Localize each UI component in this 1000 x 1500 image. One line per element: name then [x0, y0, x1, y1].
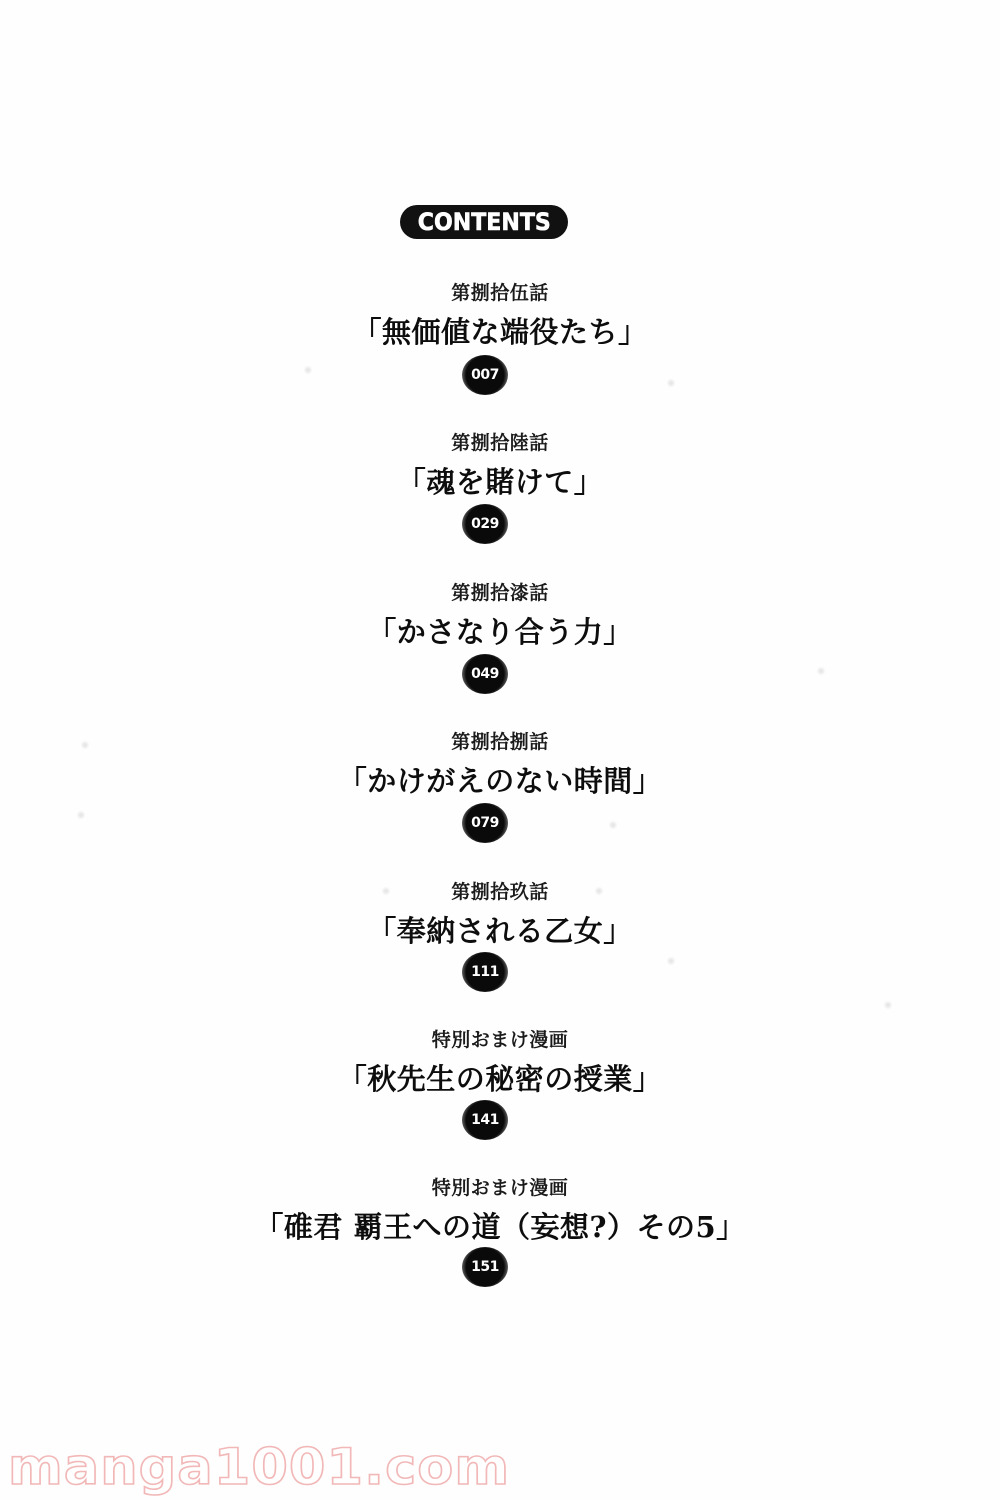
episode-title: 「かけがえのない時間」 — [0, 759, 1000, 800]
paper-speck — [668, 380, 674, 386]
page-number-badge: 151 — [462, 1247, 508, 1287]
bonus-label: 特別おまけ漫画 — [0, 1025, 1000, 1052]
bonus-label: 特別おまけ漫画 — [0, 1173, 1000, 1200]
contents-heading-text: CONTENTS — [417, 208, 550, 236]
episode-number: 第捌拾漆話 — [0, 578, 1000, 605]
episode-number: 第捌拾伍話 — [0, 278, 1000, 305]
page-number: 151 — [471, 1259, 499, 1275]
paper-speck — [818, 668, 824, 674]
paper-speck — [885, 1002, 891, 1008]
episode-title: 「魂を賭けて」 — [0, 460, 1000, 501]
page-number: 049 — [471, 666, 499, 682]
page-number: 111 — [471, 964, 499, 980]
episode-title: 「かさなり合う力」 — [0, 610, 1000, 651]
page-number-badge: 049 — [462, 654, 508, 694]
contents-heading: CONTENTS — [400, 205, 568, 239]
page-number-badge: 029 — [462, 504, 508, 544]
episode-title: 「碓君 覇王への道（妄想?）その5」 — [0, 1205, 1000, 1246]
paper-speck — [78, 812, 84, 818]
page-number: 029 — [471, 516, 499, 532]
page-number-badge: 079 — [462, 803, 508, 843]
episode-number: 第捌拾捌話 — [0, 727, 1000, 754]
episode-title: 「秋先生の秘密の授業」 — [0, 1057, 1000, 1098]
paper-speck — [668, 958, 674, 964]
page-number: 007 — [471, 367, 499, 383]
page-number: 079 — [471, 815, 499, 831]
contents-page: CONTENTS 第捌拾伍話 「無価値な端役たち」 007 第捌拾陸話 「魂を賭… — [0, 0, 1000, 1500]
page-number: 141 — [471, 1112, 499, 1128]
episode-number: 第捌拾玖話 — [0, 877, 1000, 904]
paper-speck — [610, 822, 616, 828]
site-watermark: manga1001.com — [8, 1442, 510, 1492]
episode-title: 「奉納される乙女」 — [0, 909, 1000, 950]
page-number-badge: 111 — [462, 952, 508, 992]
page-number-badge: 007 — [462, 355, 508, 395]
episode-title: 「無価値な端役たち」 — [0, 310, 1000, 351]
episode-number: 第捌拾陸話 — [0, 428, 1000, 455]
page-number-badge: 141 — [462, 1100, 508, 1140]
paper-speck — [305, 367, 311, 373]
